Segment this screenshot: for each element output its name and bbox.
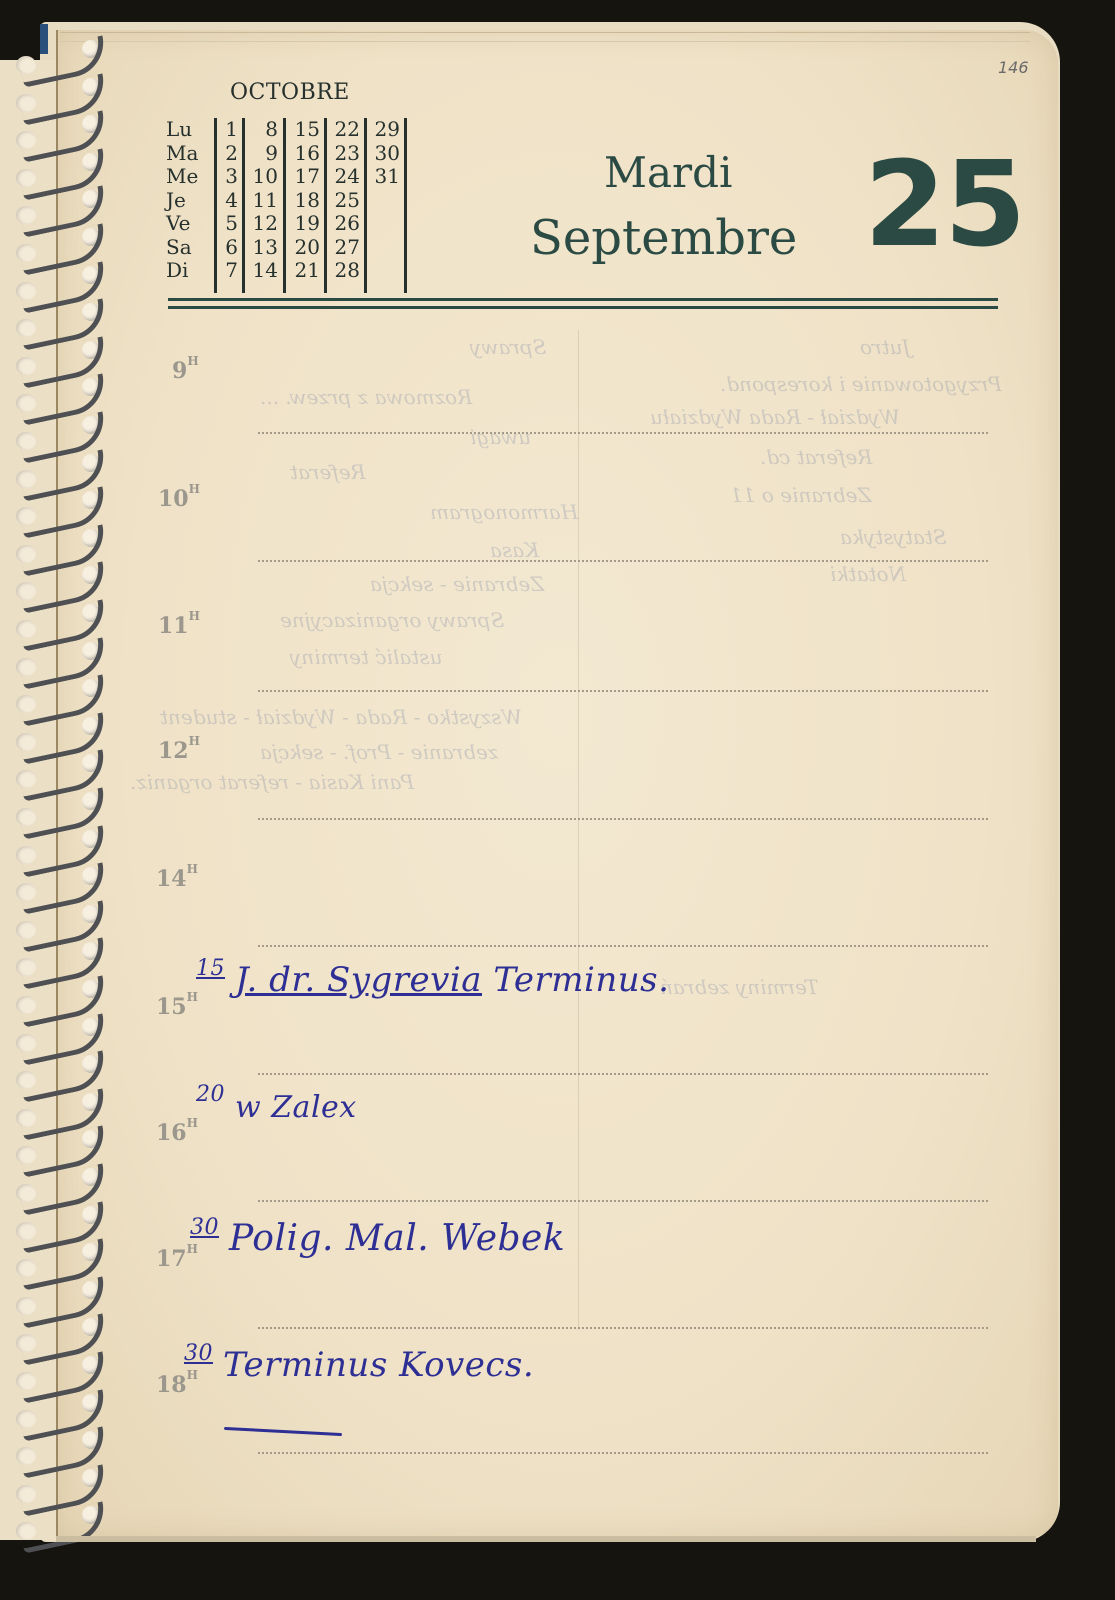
spiral-coil [14,1281,104,1317]
spiral-coil [14,190,104,226]
bleed-through-text: Wydział - Rada Wydziału [650,405,900,429]
weekday-column: Lu Ma Me Je Ve Sa Di [166,118,210,283]
bleed-through-text: Harmonogram [430,500,578,524]
center-fold-line [578,330,579,1330]
date-cell: 8 [246,118,278,142]
page-number: 146 [998,58,1029,77]
spiral-coil [14,1318,104,1354]
bleed-through-text: Zebranie o 11 [730,483,871,507]
date-cell: 2 [218,142,238,166]
date-cell: 1 [218,118,238,142]
date-cell: 6 [218,236,238,260]
date-cell: 14 [246,259,278,283]
entry-16h: 20w Zalex [196,1090,357,1125]
calendar-divider [364,118,367,293]
hour-line [258,1327,988,1329]
entry-name-underlined: J. dr. Sygrevia [235,960,482,1000]
bleed-through-text: zebranie - Prof. - sekcja [260,740,498,764]
spiral-coil [14,529,104,565]
date-cell: 5 [218,212,238,236]
weekday-lu: Lu [166,118,210,142]
date-cell: 28 [328,259,360,283]
calendar-divider [283,118,286,293]
hour-line [258,432,988,434]
hour-line [258,818,988,820]
month-name: Septembre [530,210,797,266]
spiral-coil [14,1394,104,1430]
spiral-binding [0,40,110,1540]
date-cell: 29 [370,118,400,142]
bleed-through-text: Referat cd. [760,445,872,469]
entry-text: Terminus Kovecs. [223,1345,534,1385]
spiral-coil [14,867,104,903]
entry-location: Terminus. [493,960,669,1000]
bleed-through-text: Notatki [830,562,906,586]
spiral-coil [14,830,104,866]
date-cell: 24 [328,165,360,189]
entry-15h: 15J. dr. Sygrevia Terminus. [196,960,669,1000]
spiral-coil [14,266,104,302]
entry-minutes: 30 [184,1341,213,1366]
weekday-ma: Ma [166,142,210,166]
bleed-through-text: Sprawy organizacyjne [280,608,504,632]
bleed-through-text: Pani Kasia - referat organiz. [130,770,414,794]
date-cell: 21 [288,259,320,283]
spiral-coil [14,454,104,490]
weekday-di: Di [166,259,210,283]
bleed-through-text: Referat [290,460,366,484]
date-cell: 15 [288,118,320,142]
date-cell: 27 [328,236,360,260]
bleed-through-text: Terminy zebrań [660,975,819,999]
hour-label-14: 14H [156,866,198,892]
spiral-coil [14,980,104,1016]
week-column-3: 15 16 17 18 19 20 21 [288,118,320,283]
spiral-coil [14,416,104,452]
bleed-through-text: Sprawy [470,335,546,359]
hour-line [258,1452,988,1454]
spiral-coil [14,1469,104,1505]
day-number: 25 [864,135,1024,273]
spiral-coil [14,754,104,790]
hour-line [258,1200,988,1202]
spiral-coil [14,905,104,941]
week-column-2: 8 9 10 11 12 13 14 [246,118,278,283]
bleed-through-text: Rozmowa z przew. ... [260,385,472,409]
weekday-me: Me [166,165,210,189]
date-cell: 9 [246,142,278,166]
bleed-through-text: ustalić terminy [290,645,442,669]
spiral-coil [14,153,104,189]
hour-label-11: 11H [158,613,200,639]
hour-line [258,690,988,692]
entry-text: w Zalex [235,1090,357,1125]
spiral-coil [14,1130,104,1166]
spiral-coil [14,717,104,753]
day-name: Mardi [604,148,732,197]
hour-label-12: 12H [158,738,200,764]
spiral-coil [14,1431,104,1467]
hour-label-16: 16H [156,1120,198,1146]
spiral-coil [14,1243,104,1279]
spiral-coil [14,792,104,828]
hour-label-15: 15H [156,994,198,1020]
weekday-sa: Sa [166,236,210,260]
calendar-divider [242,118,245,293]
weekday-ve: Ve [166,212,210,236]
date-cell: 16 [288,142,320,166]
date-cell: 22 [328,118,360,142]
spiral-coil [14,1356,104,1392]
date-cell: 26 [328,212,360,236]
header-rule [168,306,998,309]
date-cell: 7 [218,259,238,283]
spiral-coil [14,491,104,527]
date-cell: 23 [328,142,360,166]
spiral-coil [14,604,104,640]
date-cell: 11 [246,189,278,213]
header-rule [168,298,998,301]
weekday-je: Je [166,189,210,213]
entry-17h: 30Polig. Mal. Webek [190,1218,565,1259]
entry-18h: 30Terminus Kovecs. [184,1345,534,1385]
entry-text: Polig. Mal. Webek [229,1218,565,1259]
date-cell: 4 [218,189,238,213]
spiral-coil [14,228,104,264]
date-cell: 13 [246,236,278,260]
date-cell: 18 [288,189,320,213]
week-column-1: 1 2 3 4 5 6 7 [218,118,238,283]
spiral-coil [14,78,104,114]
spiral-coil [14,115,104,151]
spiral-coil [14,1168,104,1204]
bleed-through-text: Przygotowanie i korespond. [720,372,1002,396]
date-cell: 20 [288,236,320,260]
hour-label-9: 9H [172,358,199,384]
spiral-coil [14,1206,104,1242]
bleed-through-text: Wszystko - Rada - Wydział - student [160,705,522,729]
bleed-through-text: Zebranie - sekcja [370,572,544,596]
spiral-coil [14,1018,104,1054]
entry-minutes: 20 [196,1082,225,1107]
page-stack-top-edge [60,32,1030,42]
spiral-coil [14,679,104,715]
mini-calendar-month: OCTOBRE [230,80,350,105]
spiral-coil [14,566,104,602]
date-cell: 31 [370,165,400,189]
entry-minutes: 30 [190,1215,219,1240]
calendar-divider [404,118,407,293]
spiral-coil [14,40,104,76]
bleed-through-text: Kasa [490,538,539,562]
week-column-5: 29 30 31 [370,118,400,189]
date-cell: 30 [370,142,400,166]
page-stack-bottom-edge [56,1536,1036,1542]
hour-line [258,945,988,947]
spiral-coil [14,642,104,678]
date-cell: 17 [288,165,320,189]
spiral-coil [14,942,104,978]
date-cell: 3 [218,165,238,189]
hour-line [258,1073,988,1075]
spiral-coil [14,378,104,414]
spiral-coil [14,1055,104,1091]
bleed-through-text: uwagi [470,425,531,449]
bleed-through-text: Statystyka [840,525,947,549]
spiral-coil [14,303,104,339]
date-cell: 19 [288,212,320,236]
spiral-coil [14,341,104,377]
spiral-coil [14,1093,104,1129]
bleed-through-text: Jutro [860,335,911,359]
date-cell: 12 [246,212,278,236]
week-column-4: 22 23 24 25 26 27 28 [328,118,360,283]
calendar-divider [324,118,327,293]
date-cell: 25 [328,189,360,213]
calendar-divider [214,118,217,293]
hour-label-10: 10H [158,486,200,512]
date-cell: 10 [246,165,278,189]
entry-minutes: 15 [196,956,225,981]
